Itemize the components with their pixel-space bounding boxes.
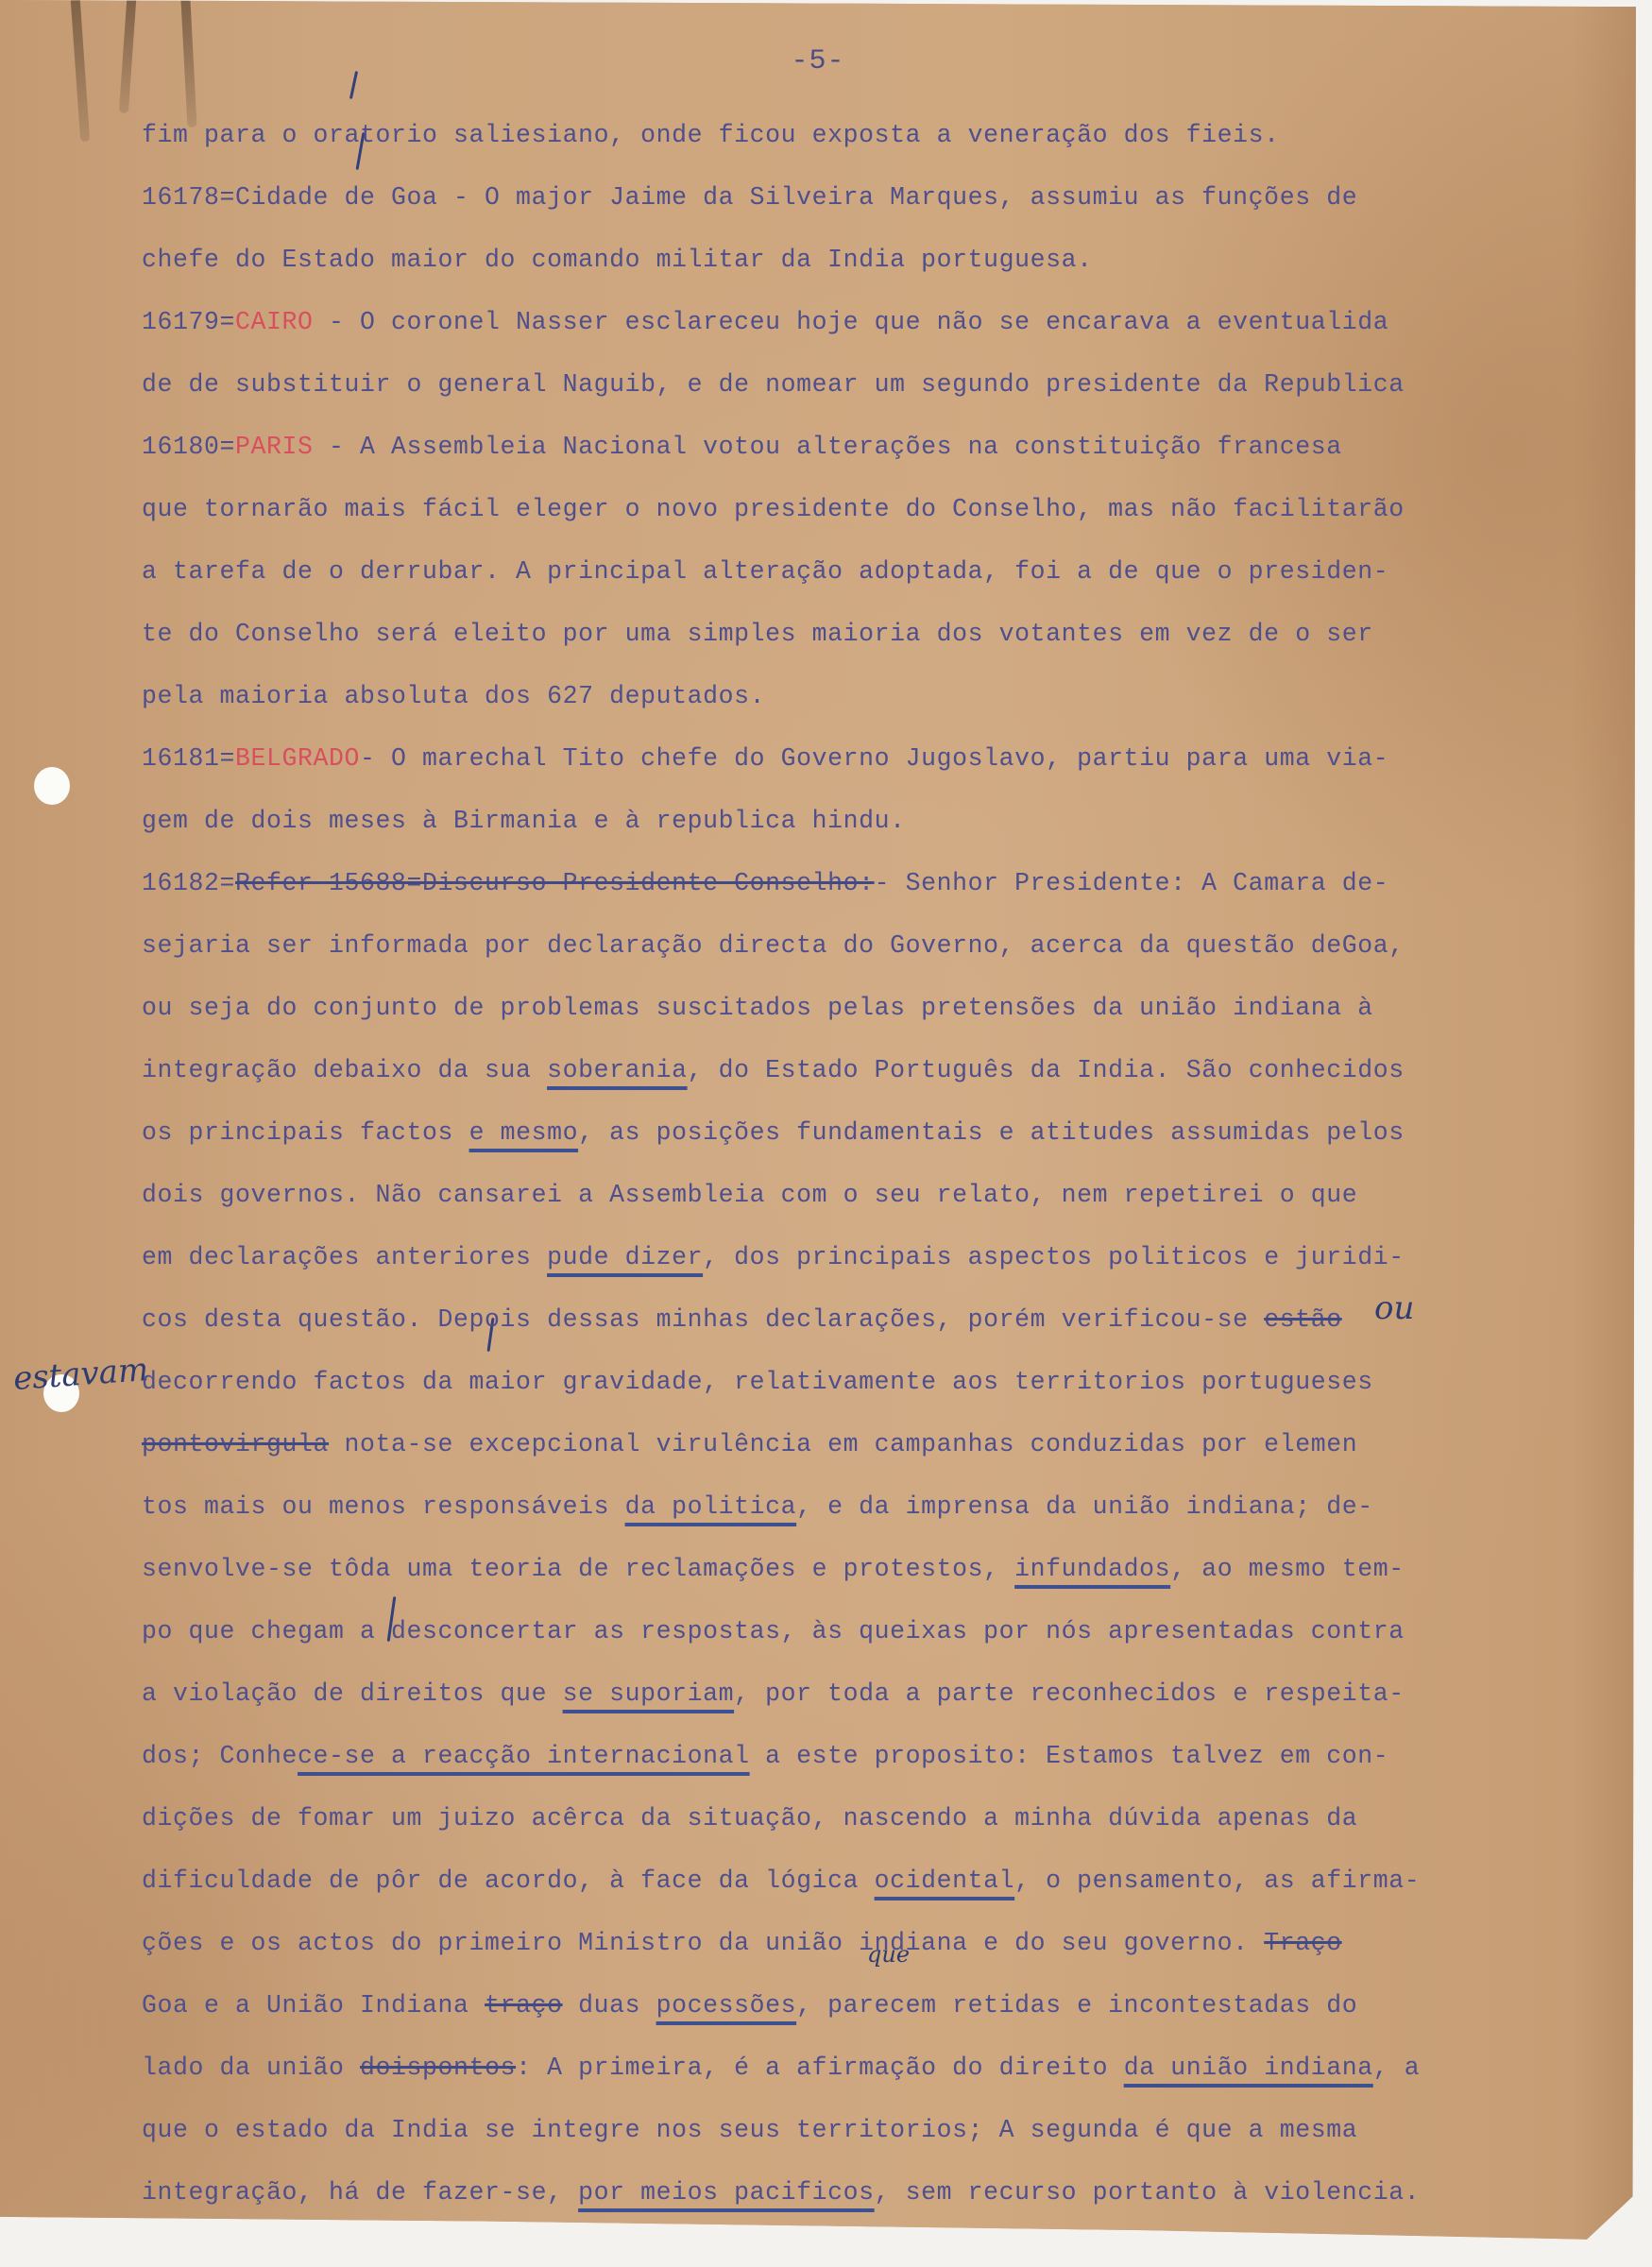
text-run: chefe do Estado maior do comando militar… (142, 246, 1093, 274)
text-run: : A primeira, é a afirmação do direito (516, 2054, 1124, 2082)
text-run: ções e os actos do primeiro Ministro da … (142, 1929, 1264, 1957)
underlined-text: ocidental (875, 1866, 1015, 1895)
text-run: , as posições fundamentais e atitudes as… (578, 1118, 1405, 1147)
text-line: pontovirgula nota-se excepcional virulên… (142, 1413, 1634, 1475)
text-line: integração, há de fazer-se, por meios pa… (142, 2161, 1634, 2224)
text-run: de de substituir o general Naguib, e de … (142, 370, 1405, 399)
struck-text: Refer 15688=Discurso Presidente Conselho… (235, 869, 875, 897)
text-run: integração debaixo da sua (142, 1056, 547, 1084)
text-run: , sem recurso portanto à violencia. (875, 2178, 1421, 2207)
underlined-text: por meios pacificos (578, 2178, 875, 2207)
text-line: lado da união doispontos: A primeira, é … (142, 2037, 1634, 2099)
underlined-text: da politica (625, 1492, 797, 1521)
text-line: gem de dois meses à Birmania e à republi… (142, 790, 1634, 852)
text-line: 16182=Refer 15688=Discurso Presidente Co… (142, 852, 1634, 914)
text-run: tos mais ou menos responsáveis (142, 1492, 625, 1521)
text-run: cos desta questão. Depois dessas minhas … (142, 1305, 1264, 1334)
struck-text: pontovirgula (142, 1430, 329, 1458)
text-run: dições de fomar um juizo acêrca da situa… (142, 1804, 1357, 1832)
text-line: de de substituir o general Naguib, e de … (142, 353, 1634, 416)
text-line: ções e os actos do primeiro Ministro da … (142, 1912, 1634, 1974)
text-line: senvolve-se tôda uma teoria de reclamaçõ… (142, 1538, 1634, 1600)
text-run: , e da imprensa da união indiana; de- (796, 1492, 1373, 1521)
text-run: , do Estado Português da India. São conh… (688, 1056, 1405, 1084)
text-line: chefe do Estado maior do comando militar… (142, 229, 1634, 291)
text-run: , a (1373, 2054, 1421, 2082)
text-run: a este proposito: Estamos talvez em con- (750, 1742, 1389, 1770)
text-run: nota-se excepcional virulência em campan… (329, 1430, 1357, 1458)
text-run: , o pensamento, as afirma- (1014, 1866, 1420, 1895)
underlined-text: infundados (1014, 1555, 1170, 1583)
struck-text: traço (485, 1991, 563, 2020)
underlined-text: pude dizer (547, 1243, 703, 1271)
text-line: que tornarão mais fácil eleger o novo pr… (142, 478, 1634, 540)
underlined-text: soberania (547, 1056, 688, 1084)
text-run: 16181= (142, 744, 235, 773)
text-run: 16178=Cidade de Goa - O major Jaime da S… (142, 183, 1357, 212)
struck-text: estão (1264, 1305, 1342, 1334)
text-line: cos desta questão. Depois dessas minhas … (142, 1288, 1634, 1351)
text-line: que o estado da India se integre nos seu… (142, 2099, 1634, 2161)
text-run: po que chegam a desconcertar as resposta… (142, 1617, 1405, 1645)
text-run: duas (563, 1991, 656, 2020)
text-line: dificuldade de pôr de acordo, à face da … (142, 1849, 1634, 1912)
text-run: integração, há de fazer-se, (142, 2178, 578, 2207)
page-number: -5- (0, 45, 1636, 77)
punch-hole (34, 767, 70, 805)
text-run: os principais factos (142, 1118, 469, 1147)
text-run: dos; Conhe (142, 1742, 298, 1770)
text-run: te do Conselho será eleito por uma simpl… (142, 620, 1373, 648)
text-line: integração debaixo da sua soberania, do … (142, 1039, 1634, 1101)
text-line: dos; Conhece-se a reacção internacional … (142, 1725, 1634, 1787)
text-run: que o estado da India se integre nos seu… (142, 2116, 1357, 2144)
underlined-text: da união indiana (1124, 2054, 1373, 2082)
text-line: te do Conselho será eleito por uma simpl… (142, 603, 1634, 665)
text-line: 16180=PARIS - A Assembleia Nacional voto… (142, 416, 1634, 478)
text-line: 16178=Cidade de Goa - O major Jaime da S… (142, 166, 1634, 229)
text-run: 16182= (142, 869, 235, 897)
text-run: pela maioria absoluta dos 627 deputados. (142, 682, 765, 710)
text-run: , por toda a parte reconhecidos e respei… (734, 1679, 1405, 1708)
underlined-text: e mesmo (469, 1118, 579, 1147)
text-run: gem de dois meses à Birmania e à republi… (142, 807, 906, 835)
text-run: fim para o oratorio saliesiano, onde fic… (142, 121, 1280, 149)
underlined-text: pocessões (656, 1991, 797, 2020)
document-page: -5- estavam ou que fim para o oratorio s… (0, 0, 1636, 2253)
text-run: a violação de direitos que (142, 1679, 563, 1708)
text-run: dois governos. Não cansarei a Assembleia… (142, 1181, 1357, 1209)
underlined-text: ce-se a reacção internacional (298, 1742, 750, 1770)
text-run: ou seja do conjunto de problemas suscita… (142, 994, 1373, 1022)
text-run: - Senhor Presidente: A Camara de- (875, 869, 1389, 897)
text-line: pela maioria absoluta dos 627 deputados. (142, 665, 1634, 727)
text-run: que tornarão mais fácil eleger o novo pr… (142, 495, 1405, 523)
text-run: em declarações anteriores (142, 1243, 547, 1271)
text-line: ou seja do conjunto de problemas suscita… (142, 977, 1634, 1039)
text-run: decorrendo factos da maior gravidade, re… (142, 1368, 1373, 1396)
text-line: dições de fomar um juizo acêrca da situa… (142, 1787, 1634, 1849)
handwritten-margin-note: estavam (12, 1351, 150, 1398)
struck-text: doispontos (360, 2054, 516, 2082)
text-run: sejaria ser informada por declaração dir… (142, 931, 1405, 960)
text-run: , parecem retidas e incontestadas do (796, 1991, 1357, 2020)
typed-body-text: fim para o oratorio saliesiano, onde fic… (142, 104, 1634, 2224)
text-run: - O coronel Nasser esclareceu hoje que n… (314, 308, 1389, 336)
text-run: dificuldade de pôr de acordo, à face da … (142, 1866, 875, 1895)
text-line: em declarações anteriores pude dizer, do… (142, 1226, 1634, 1288)
text-line: a tarefa de o derrubar. A principal alte… (142, 540, 1634, 603)
text-line: decorrendo factos da maior gravidade, re… (142, 1351, 1634, 1413)
text-line: sejaria ser informada por declaração dir… (142, 914, 1634, 977)
text-run: 16180= (142, 433, 235, 461)
text-line: fim para o oratorio saliesiano, onde fic… (142, 104, 1634, 166)
text-run: Goa e a União Indiana (142, 1991, 485, 2020)
dateline-city: CAIRO (235, 308, 314, 336)
text-run: , dos principais aspectos politicos e ju… (703, 1243, 1405, 1271)
text-line: dois governos. Não cansarei a Assembleia… (142, 1164, 1634, 1226)
struck-text: Traço (1264, 1929, 1342, 1957)
dateline-city: BELGRADO (235, 744, 360, 773)
text-run: a tarefa de o derrubar. A principal alte… (142, 557, 1388, 586)
text-line: tos mais ou menos responsáveis da politi… (142, 1475, 1634, 1538)
text-line: 16181=BELGRADO- O marechal Tito chefe do… (142, 727, 1634, 790)
text-run: - O marechal Tito chefe do Governo Jugos… (360, 744, 1388, 773)
text-run: , ao mesmo tem- (1170, 1555, 1405, 1583)
text-line: Goa e a União Indiana traço duas pocessõ… (142, 1974, 1634, 2037)
text-run: - A Assembleia Nacional votou alterações… (314, 433, 1342, 461)
underlined-text: se suporiam (563, 1679, 735, 1708)
text-line: os principais factos e mesmo, as posiçõe… (142, 1101, 1634, 1164)
text-run: lado da união (142, 2054, 360, 2082)
text-line: a violação de direitos que se suporiam, … (142, 1662, 1634, 1725)
text-run: 16179= (142, 308, 235, 336)
text-run: senvolve-se tôda uma teoria de reclamaçõ… (142, 1555, 1014, 1583)
text-line: 16179=CAIRO - O coronel Nasser esclarece… (142, 291, 1634, 353)
text-line: po que chegam a desconcertar as resposta… (142, 1600, 1634, 1662)
dateline-city: PARIS (235, 433, 314, 461)
